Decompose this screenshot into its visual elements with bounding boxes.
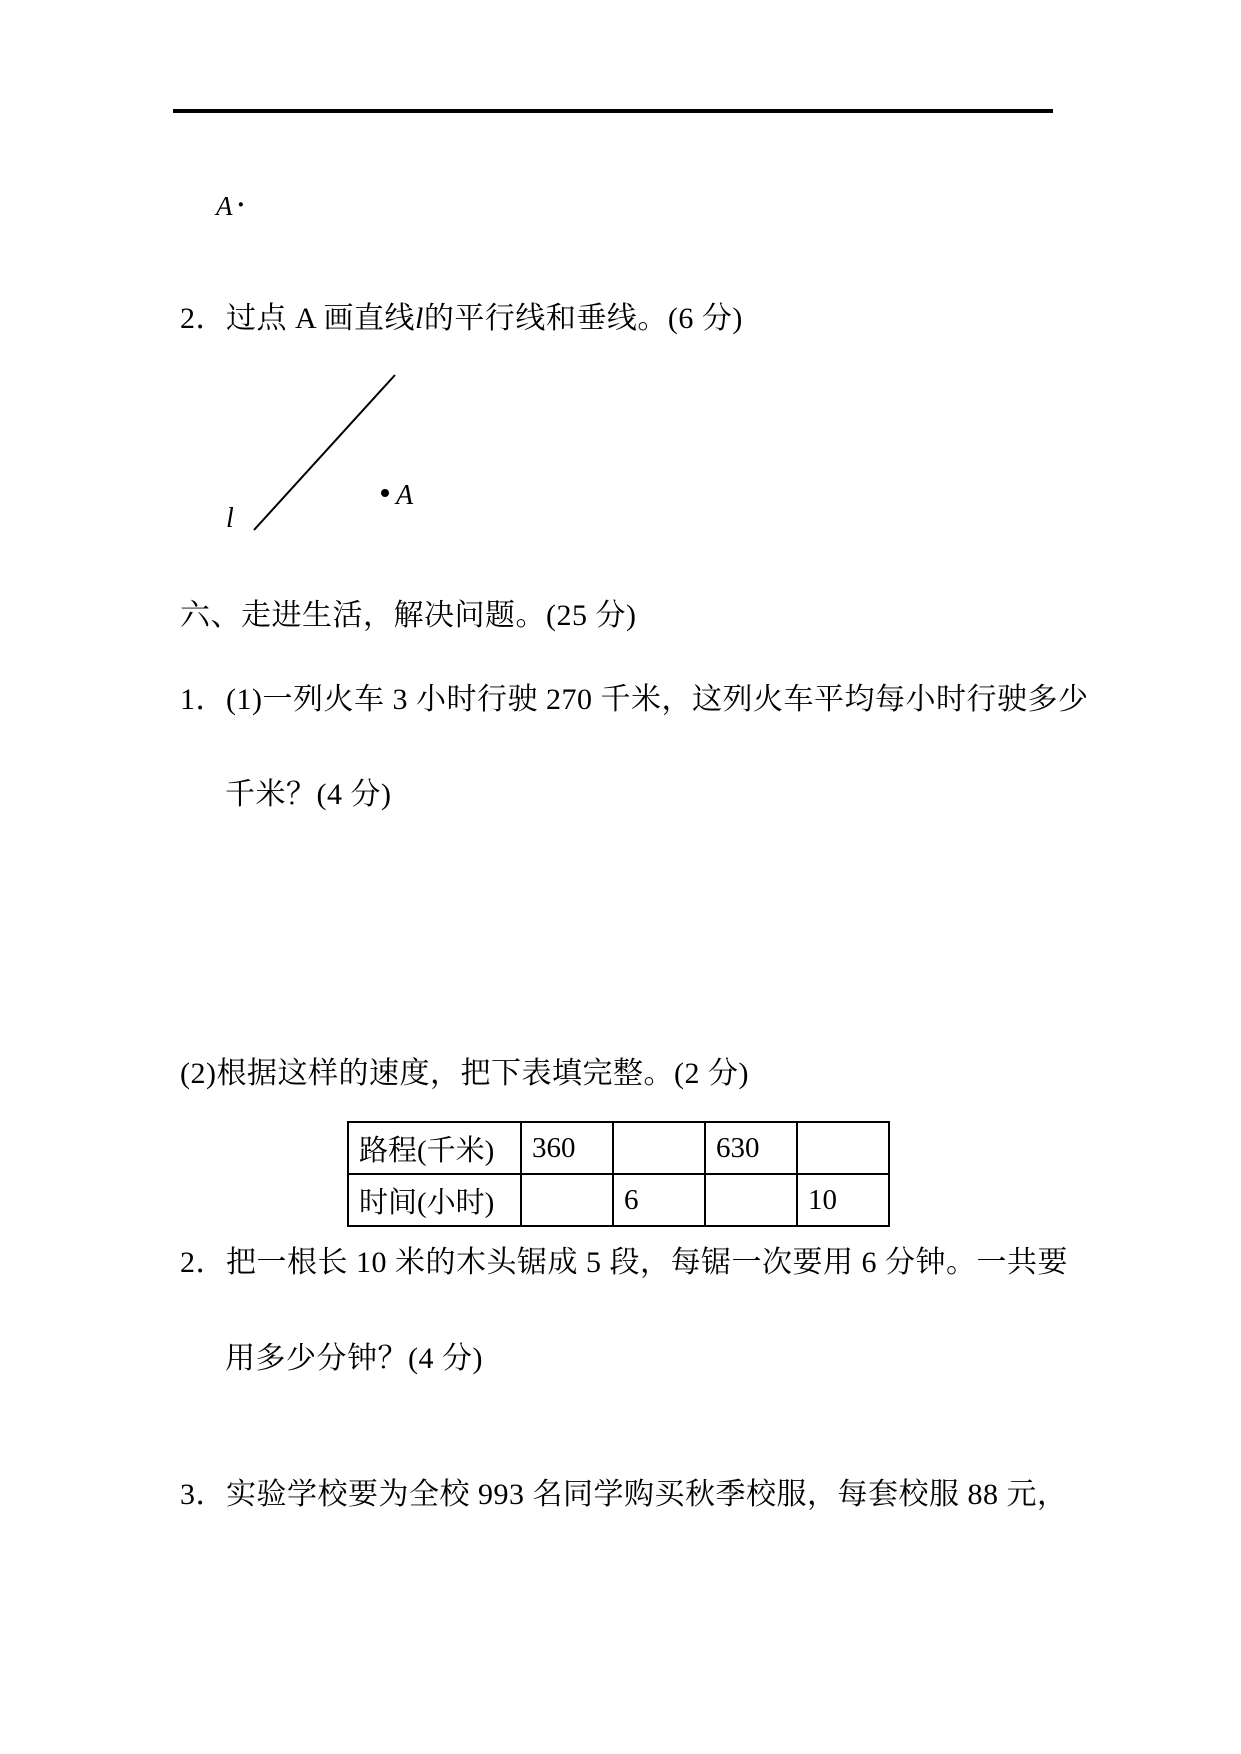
row-header-time: 时间(小时) [348,1174,521,1226]
table-cell-time-2: 6 [613,1174,705,1226]
question-2-text-suffix: 的平行线和垂线。(6 分) [424,302,743,335]
q2-line1: 2．把一根长 10 米的木头锯成 5 段，每锯一次要用 6 分钟。一共要 [180,1244,1068,1282]
table-cell-distance-2 [613,1122,705,1174]
section-6-heading: 六、走进生活，解决问题。(25 分) [180,597,636,635]
table-row-distance: 路程(千米) 360 630 [348,1122,889,1174]
q1-part1-line1: 1．(1)一列火车 3 小时行驶 270 千米，这列火车平均每小时行驶多少 [180,681,1088,719]
question-2-text-prefix: 2．过点 A 画直线 [180,302,415,335]
header-divider-line [173,109,1053,113]
speed-distance-table: 路程(千米) 360 630 时间(小时) 6 10 [347,1121,890,1227]
worksheet-page: A· 2．过点 A 画直线l的平行线和垂线。(6 分) l A 六、走进生活，解… [0,0,1241,1754]
table-row-time: 时间(小时) 6 10 [348,1174,889,1226]
table-cell-distance-4 [797,1122,889,1174]
question-2-line-symbol: l [415,302,424,335]
table-cell-distance-1: 360 [521,1122,613,1174]
q3-line1: 3．实验学校要为全校 993 名同学购买秋季校服，每套校服 88 元， [180,1476,1068,1514]
q1-part1-line2: 千米？(4 分) [225,776,391,814]
table-cell-time-1 [521,1174,613,1226]
point-a-label: A [216,191,233,221]
figure-point-a-label: A [396,480,413,512]
point-a-dot-icon: · [233,190,246,219]
table-cell-time-3 [705,1174,797,1226]
row-header-distance: 路程(千米) [348,1122,521,1174]
diagonal-line-drawing [200,360,460,550]
q1-part2-text: (2)根据这样的速度，把下表填完整。(2 分) [180,1055,749,1093]
line-l-figure: l A [200,360,460,550]
point-a-marker: A· [216,190,245,222]
figure-line-l-label: l [226,503,234,535]
table-cell-distance-3: 630 [705,1122,797,1174]
q2-line2: 用多少分钟？(4 分) [225,1340,483,1378]
table-cell-time-4: 10 [797,1174,889,1226]
question-2-geometry-text: 2．过点 A 画直线l的平行线和垂线。(6 分) [180,300,743,338]
